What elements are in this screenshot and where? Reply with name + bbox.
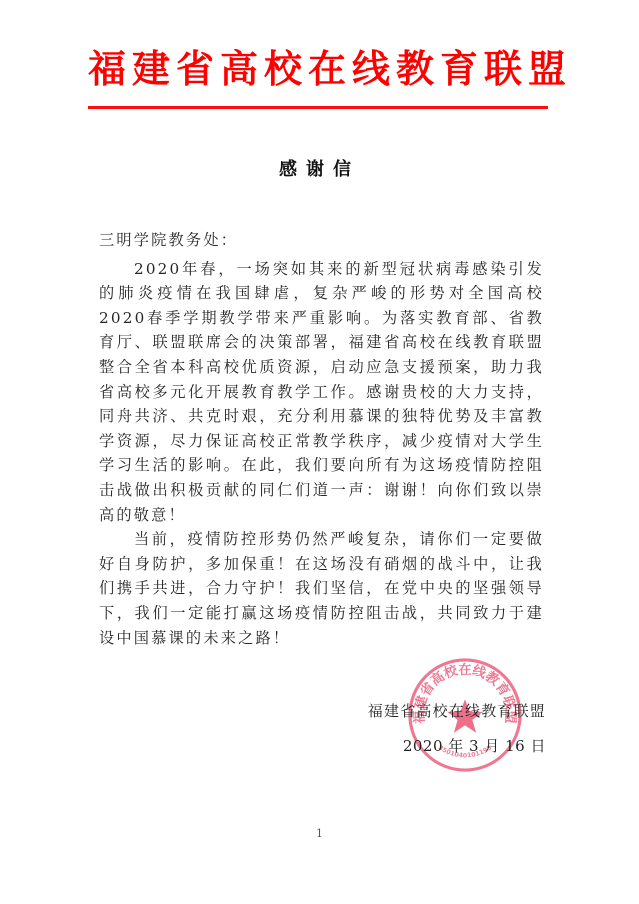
signature-date: 2020 年 3 月 16 日 <box>403 735 546 756</box>
body-paragraph-1: 2020年春，一场突如其来的新型冠状病毒感染引发的肺炎疫情在我国肆虐，复杂严峻的… <box>99 257 544 528</box>
page-number: 1 <box>0 827 639 840</box>
salutation: 三明学院教务处： <box>99 228 544 253</box>
letterhead-title: 福建省高校在线教育联盟 <box>88 46 550 92</box>
signature-organization: 福建省高校在线教育联盟 <box>368 700 546 721</box>
document-title: 感谢信 <box>0 155 639 181</box>
body-paragraph-2: 当前，疫情防控形势仍然严峻复杂，请你们一定要做好自身防护，多加保重！在这场没有硝… <box>99 527 544 650</box>
letterhead-red-rule <box>88 106 548 109</box>
letter-body: 三明学院教务处： 2020年春，一场突如其来的新型冠状病毒感染引发的肺炎疫情在我… <box>99 228 544 650</box>
